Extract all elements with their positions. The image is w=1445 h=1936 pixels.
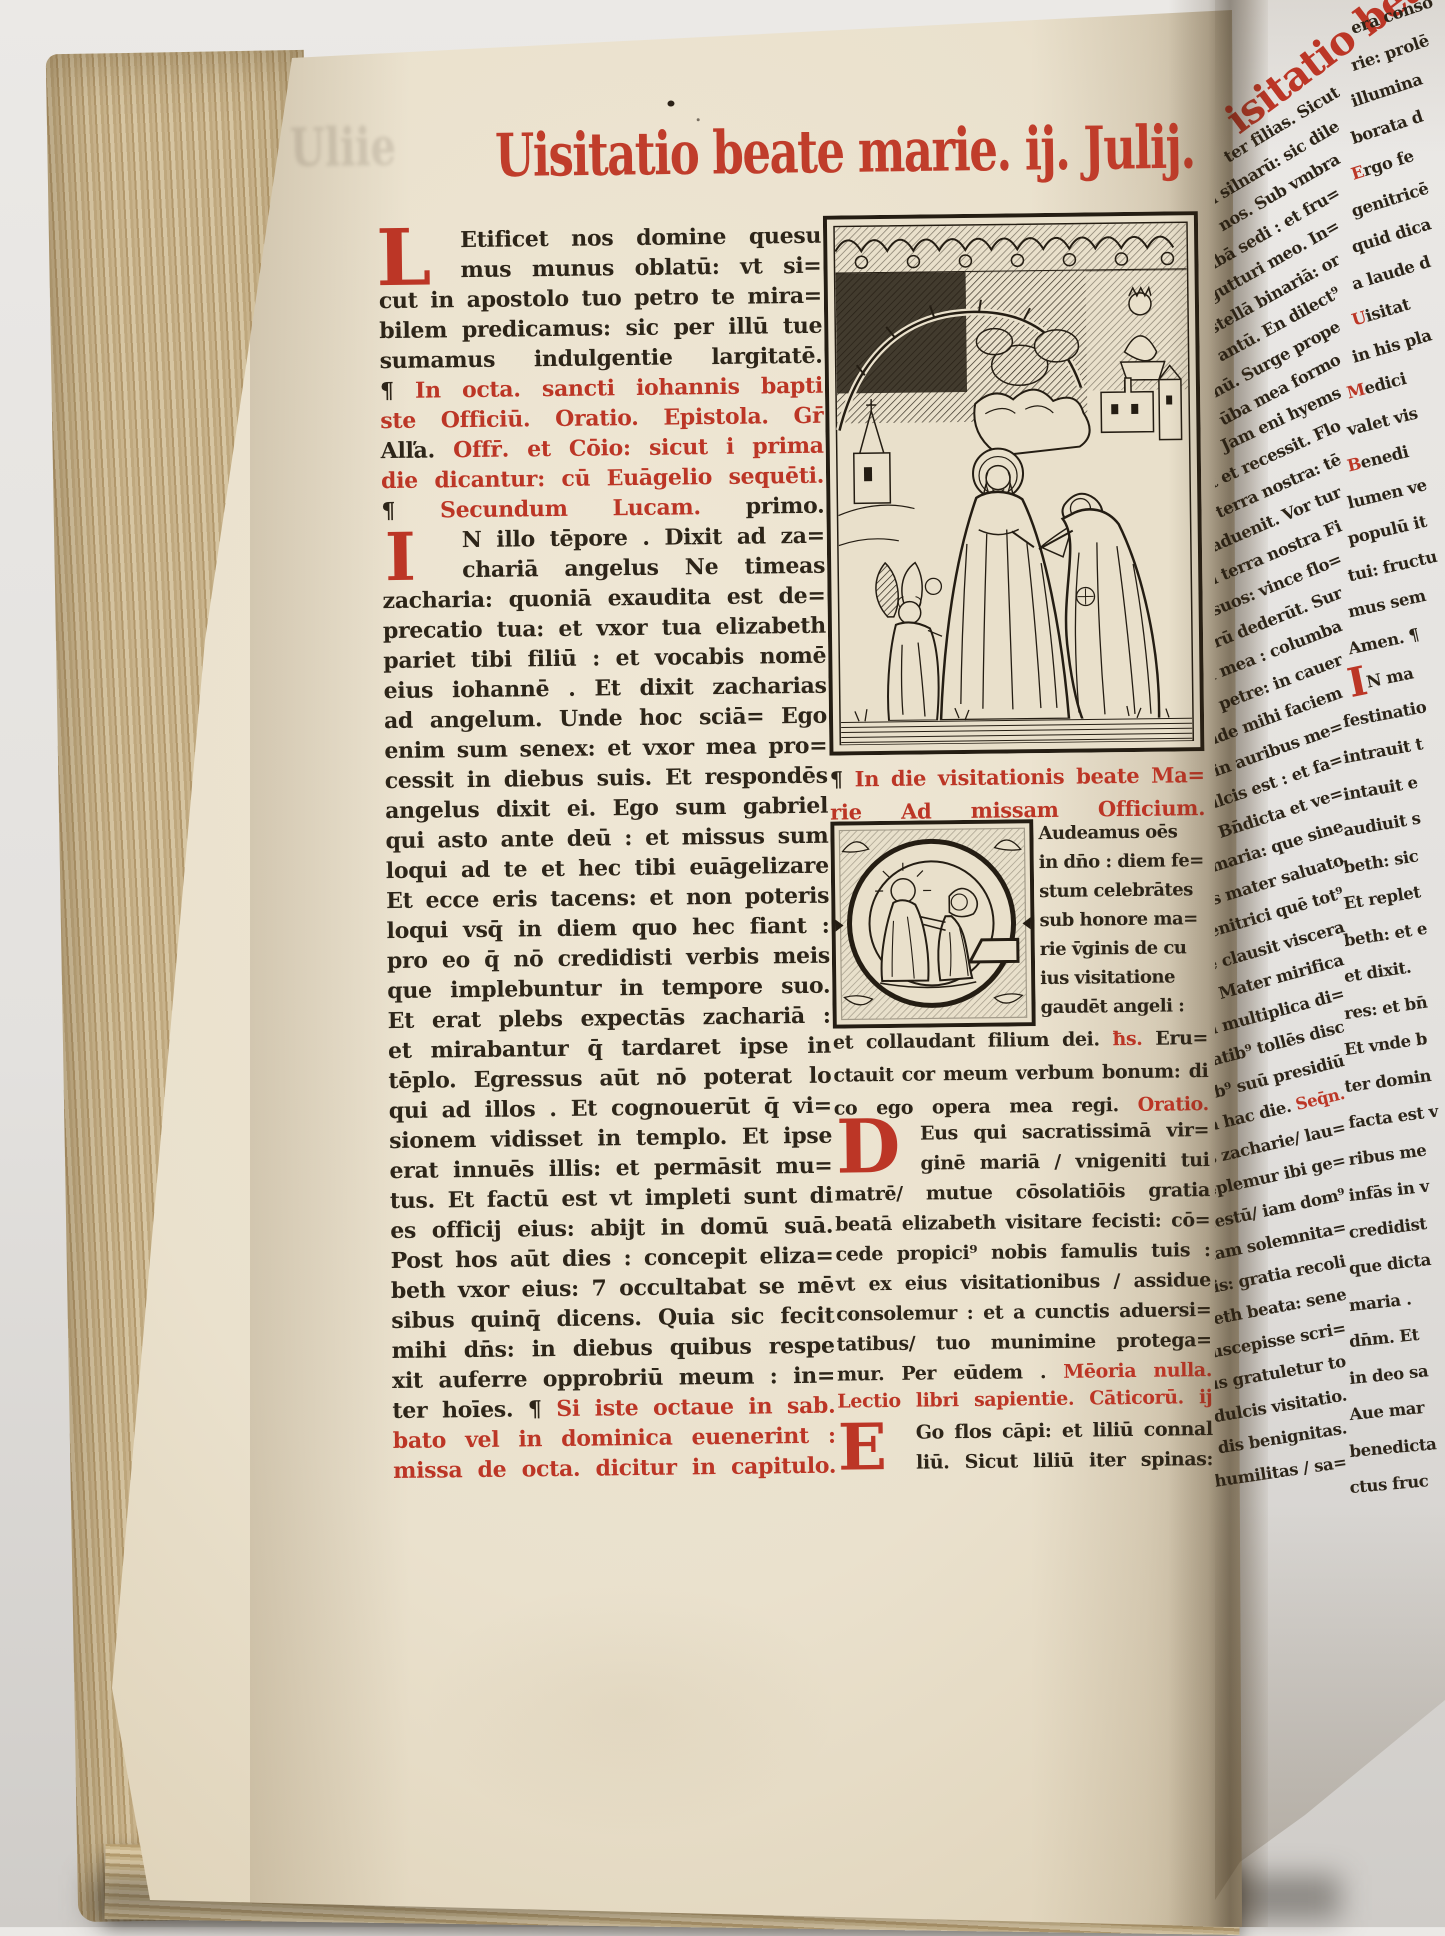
text-segment: ħs.	[1112, 1028, 1155, 1051]
text-segment: sub honore ma=	[1039, 908, 1198, 931]
text-segment: Mēoria nulla.	[1063, 1359, 1212, 1383]
text-segment: Et ecce eris tacens: et non poteris	[386, 883, 829, 914]
text-segment: Etificet nos domine quesu	[460, 223, 821, 253]
text-line: cede propici⁹ nobis famulis tuis :	[835, 1239, 1210, 1274]
text-segment: rie v̄ginis de cu	[1040, 937, 1187, 960]
text-segment: vt ex eius visitationibus / assidue	[836, 1269, 1211, 1296]
text-line: Lectio libri sapientie. Cāticorū. ij	[837, 1386, 1212, 1421]
book-photo: Uliie Uisitatio beate marie. ij. Julij. …	[0, 0, 1445, 1927]
text-segment: co ego opera mea regi.	[834, 1094, 1138, 1120]
text-segment: erat innuēs illis: et permāsit mu=	[389, 1153, 832, 1184]
text-line: Audeamus oēs	[1038, 821, 1208, 852]
text-segment: ad angelum. Unde hoc sciā= Ego	[384, 703, 827, 734]
text-segment: eius iohannē . Et dixit zacharias	[383, 673, 826, 704]
text-segment: ius visitatione	[1040, 966, 1175, 989]
text-segment: qui asto ante deū : et missus sum	[385, 823, 828, 854]
ink-speck	[697, 118, 700, 121]
text-line: beatā elizabeth visitare fecisti: cō=	[835, 1209, 1210, 1244]
text-line: ius visitatione	[1040, 966, 1210, 997]
gaudeamus-text: Audeamus oēsin dn̄o : diem fe=stum celeb…	[1038, 821, 1210, 1026]
text-segment: ste Officiū. Oratio. Epistola. Gr̄	[380, 403, 823, 434]
text-segment: loqui ad te et hec tibi euāgelizare	[386, 853, 829, 884]
text-segment: bilem predicamus: sic per illū tue	[379, 313, 822, 344]
text-segment: cede propici⁹ nobis famulis tuis :	[835, 1239, 1210, 1266]
text-segment: Eru=	[1155, 1027, 1208, 1050]
text-segment: es officij eius: abijt in domū suā.	[390, 1213, 833, 1244]
text-segment: sumamus indulgentie largitatē.	[379, 343, 822, 374]
text-segment: mihi dn̄s: in diebus quibus respe	[392, 1333, 835, 1364]
text-line: consolemur : et a cunctis aduersi=	[836, 1299, 1211, 1334]
text-line: rie v̄ginis de cu	[1040, 937, 1210, 968]
text-segment: loqui vsq̄ in diem quo hec fiant :	[386, 913, 829, 944]
initial-g-woodcut-image	[830, 819, 1036, 1028]
text-line: ginē mariā / vnigeniti tui	[834, 1149, 1209, 1184]
text-line: Go flos cāpi: et liliū connal	[838, 1418, 1213, 1453]
text-segment: sibus quinq̄ dicens. Quia sic fecit	[391, 1303, 834, 1334]
text-segment: Alľa.	[381, 437, 454, 464]
text-segment: bato vel in dominica euenerint :	[393, 1423, 836, 1454]
text-segment: ter hoīes. ¶	[392, 1396, 556, 1424]
text-segment: Secundum Lucam.	[440, 494, 746, 524]
text-segment: beth vxor eius: 7 occultabat se mē	[391, 1273, 834, 1304]
text-segment: ginē mariā / vnigeniti tui	[920, 1149, 1209, 1175]
ink-speck	[667, 101, 674, 107]
text-segment: Et erat plebs expectās zachariā :	[388, 1003, 831, 1034]
text-line: vt ex eius visitationibus / assidue	[836, 1269, 1211, 1304]
text-line: matrē/ mutue cōsolatiōis gratia	[835, 1179, 1210, 1214]
ink-bleed-ghost: Uliie	[290, 117, 397, 179]
left-text-column: Etificet nos domine quesumus munus oblat…	[378, 221, 836, 1486]
text-segment: et mirabantur q̄ tardaret ipse in	[388, 1033, 831, 1064]
text-segment: xit auferre opprobriū meum : in=	[392, 1363, 835, 1394]
text-segment: Eus qui sacratissimā vir=	[920, 1119, 1209, 1145]
text-line: sub honore ma=	[1039, 908, 1209, 939]
page-title: Uisitatio beate marie. ij. Julij.	[495, 112, 1241, 191]
text-line: Eus qui sacratissimā vir=	[834, 1119, 1209, 1154]
text-line: tatibus/ tuo munimine protega=	[837, 1329, 1212, 1364]
text-segment: que implebuntur in tempore suo.	[387, 973, 830, 1004]
text-segment: Go flos cāpi: et liliū connal	[916, 1418, 1213, 1444]
text-segment: pro eo q̄ nō credidisti verbis meis	[387, 943, 830, 974]
text-segment: ctauit cor meum verbum bonum: di	[833, 1060, 1208, 1087]
text-line: liū. Sicut liliū iter spinas:	[838, 1448, 1213, 1483]
text-segment: beatā elizabeth visitare fecisti: cō=	[835, 1209, 1210, 1236]
text-segment: zacharia: quoniā exaudita est de=	[382, 583, 825, 614]
text-line: gaudēt angeli :	[1040, 995, 1210, 1026]
text-segment: sionem vidisset in templo. Et ipse	[389, 1123, 832, 1154]
visitation-woodcut-image	[823, 211, 1205, 756]
text-segment: pariet tibi filiū : et vocabis nomē	[383, 643, 826, 674]
text-segment: In die visitationis beate Ma=	[854, 762, 1204, 791]
lectio-heading: Lectio libri sapientie. Cāticorū. ij	[837, 1386, 1212, 1421]
text-segment: Offr̄. et Cōio: sicut i prima	[453, 433, 824, 464]
text-line: in dn̄o : diem fe=	[1039, 850, 1209, 881]
text-segment: ¶	[381, 497, 440, 524]
text-segment: N illo tēpore . Dixit ad za=	[462, 523, 825, 553]
text-segment: precatio tua: et vxor tua elizabeth	[383, 613, 826, 644]
text-segment: tēplo. Egressus aūt nō poterat lo	[388, 1063, 831, 1094]
text-segment: angelus dixit ei. Ego sum gabriel	[385, 793, 828, 824]
text-segment: mus munus oblatū: vt si=	[460, 253, 821, 283]
text-segment: consolemur : et a cunctis aduersi=	[836, 1299, 1211, 1326]
text-segment: enim sum senex: et vxor mea pro=	[384, 733, 827, 764]
right-page: isitatio bea ter filias. Sicutma silnarū…	[1215, 0, 1445, 1927]
right-page-column-1: ter filias. Sicutma silnarū: sic dilenos…	[1218, 78, 1350, 1485]
oratio-text: Eus qui sacratissimā vir=ginē mariā / vn…	[834, 1119, 1212, 1394]
text-segment: cut in apostolo tuo petro te mira=	[379, 283, 822, 314]
text-segment: chariā angelus Ne timeas	[462, 553, 825, 583]
text-segment: Post hos aūt dies : concepit eliza=	[390, 1243, 833, 1274]
text-segment: ¶	[380, 378, 415, 404]
text-segment: Si iste octaue in sab.	[556, 1393, 835, 1422]
right-page-column-2: era consorie: prolēilluminaborata dErgo …	[1348, 18, 1445, 1515]
text-segment: In octa. sancti iohannis bapti	[415, 373, 823, 404]
text-segment: missa de octa. dicitur in capitulo.	[393, 1453, 836, 1484]
text-segment: liū. Sicut liliū iter spinas:	[916, 1448, 1213, 1474]
text-line: ¶ In die visitationis beate Ma=	[830, 762, 1205, 800]
text-segment: gaudēt angeli :	[1040, 995, 1184, 1018]
text-segment: die dicantur: cū Euāgelio sequēti.	[381, 463, 824, 494]
text-segment: Lectio libri sapientie. Cāticorū. ij	[837, 1386, 1212, 1413]
text-segment: tus. Et factū est vt impleti sunt di	[390, 1183, 833, 1214]
text-line: ctauit cor meum verbum bonum: di	[833, 1060, 1208, 1098]
text-segment: primo.	[746, 493, 825, 520]
text-segment: cessit in diebus suis. Et respondēs	[385, 763, 828, 794]
officium-text: et collaudant filium dei. ħs. Eru=ctauit…	[833, 1027, 1209, 1131]
text-segment: in dn̄o : diem fe=	[1039, 850, 1204, 873]
text-line: et collaudant filium dei. ħs. Eru=	[833, 1027, 1208, 1065]
text-segment: Oratio.	[1138, 1093, 1209, 1116]
text-line: missa de octa. dicitur in capitulo.	[393, 1451, 836, 1486]
text-segment: mur. Per eūdem .	[837, 1361, 1064, 1386]
text-segment: Audeamus oēs	[1038, 821, 1177, 844]
text-segment: matrē/ mutue cōsolatiōis gratia	[835, 1179, 1210, 1206]
text-segment: et collaudant filium dei.	[833, 1028, 1113, 1053]
lectio-text: Go flos cāpi: et liliū connalliū. Sicut …	[838, 1418, 1214, 1483]
text-line: stum celebrātes	[1039, 879, 1209, 910]
text-segment: ¶	[830, 766, 855, 791]
text-segment: tatibus/ tuo munimine protega=	[837, 1329, 1212, 1356]
text-segment: stum celebrātes	[1039, 879, 1193, 902]
text-segment: Officium.	[1098, 795, 1206, 821]
text-segment: qui ad illos . Et cognouerūt q̄ vi=	[389, 1093, 832, 1124]
